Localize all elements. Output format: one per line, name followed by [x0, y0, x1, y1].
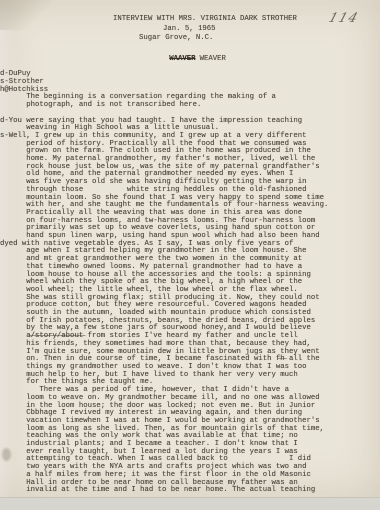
paper-stain [2, 448, 11, 461]
scanned-document: INTERVIEW WITH MRS. VIRGINIA DARK STROTH… [0, 0, 380, 510]
document-subject-line: WAAVERWEAVER [143, 47, 380, 71]
transcript-body: The beginning is a conversation regardin… [0, 94, 380, 495]
paper-page: INTERVIEW WITH MRS. VIRGINIA DARK STROTH… [0, 0, 380, 498]
document-location: Sugar Grove, N.C. [139, 34, 380, 42]
corner-shadow [0, 0, 52, 30]
speaker-key: d-DuPuy s-Strother h@Hotchkiss [0, 71, 380, 94]
handwritten-page-number: 114 [326, 11, 360, 26]
struck-word: WAAVER [169, 55, 195, 63]
subject-word: WEAVER [200, 55, 226, 63]
